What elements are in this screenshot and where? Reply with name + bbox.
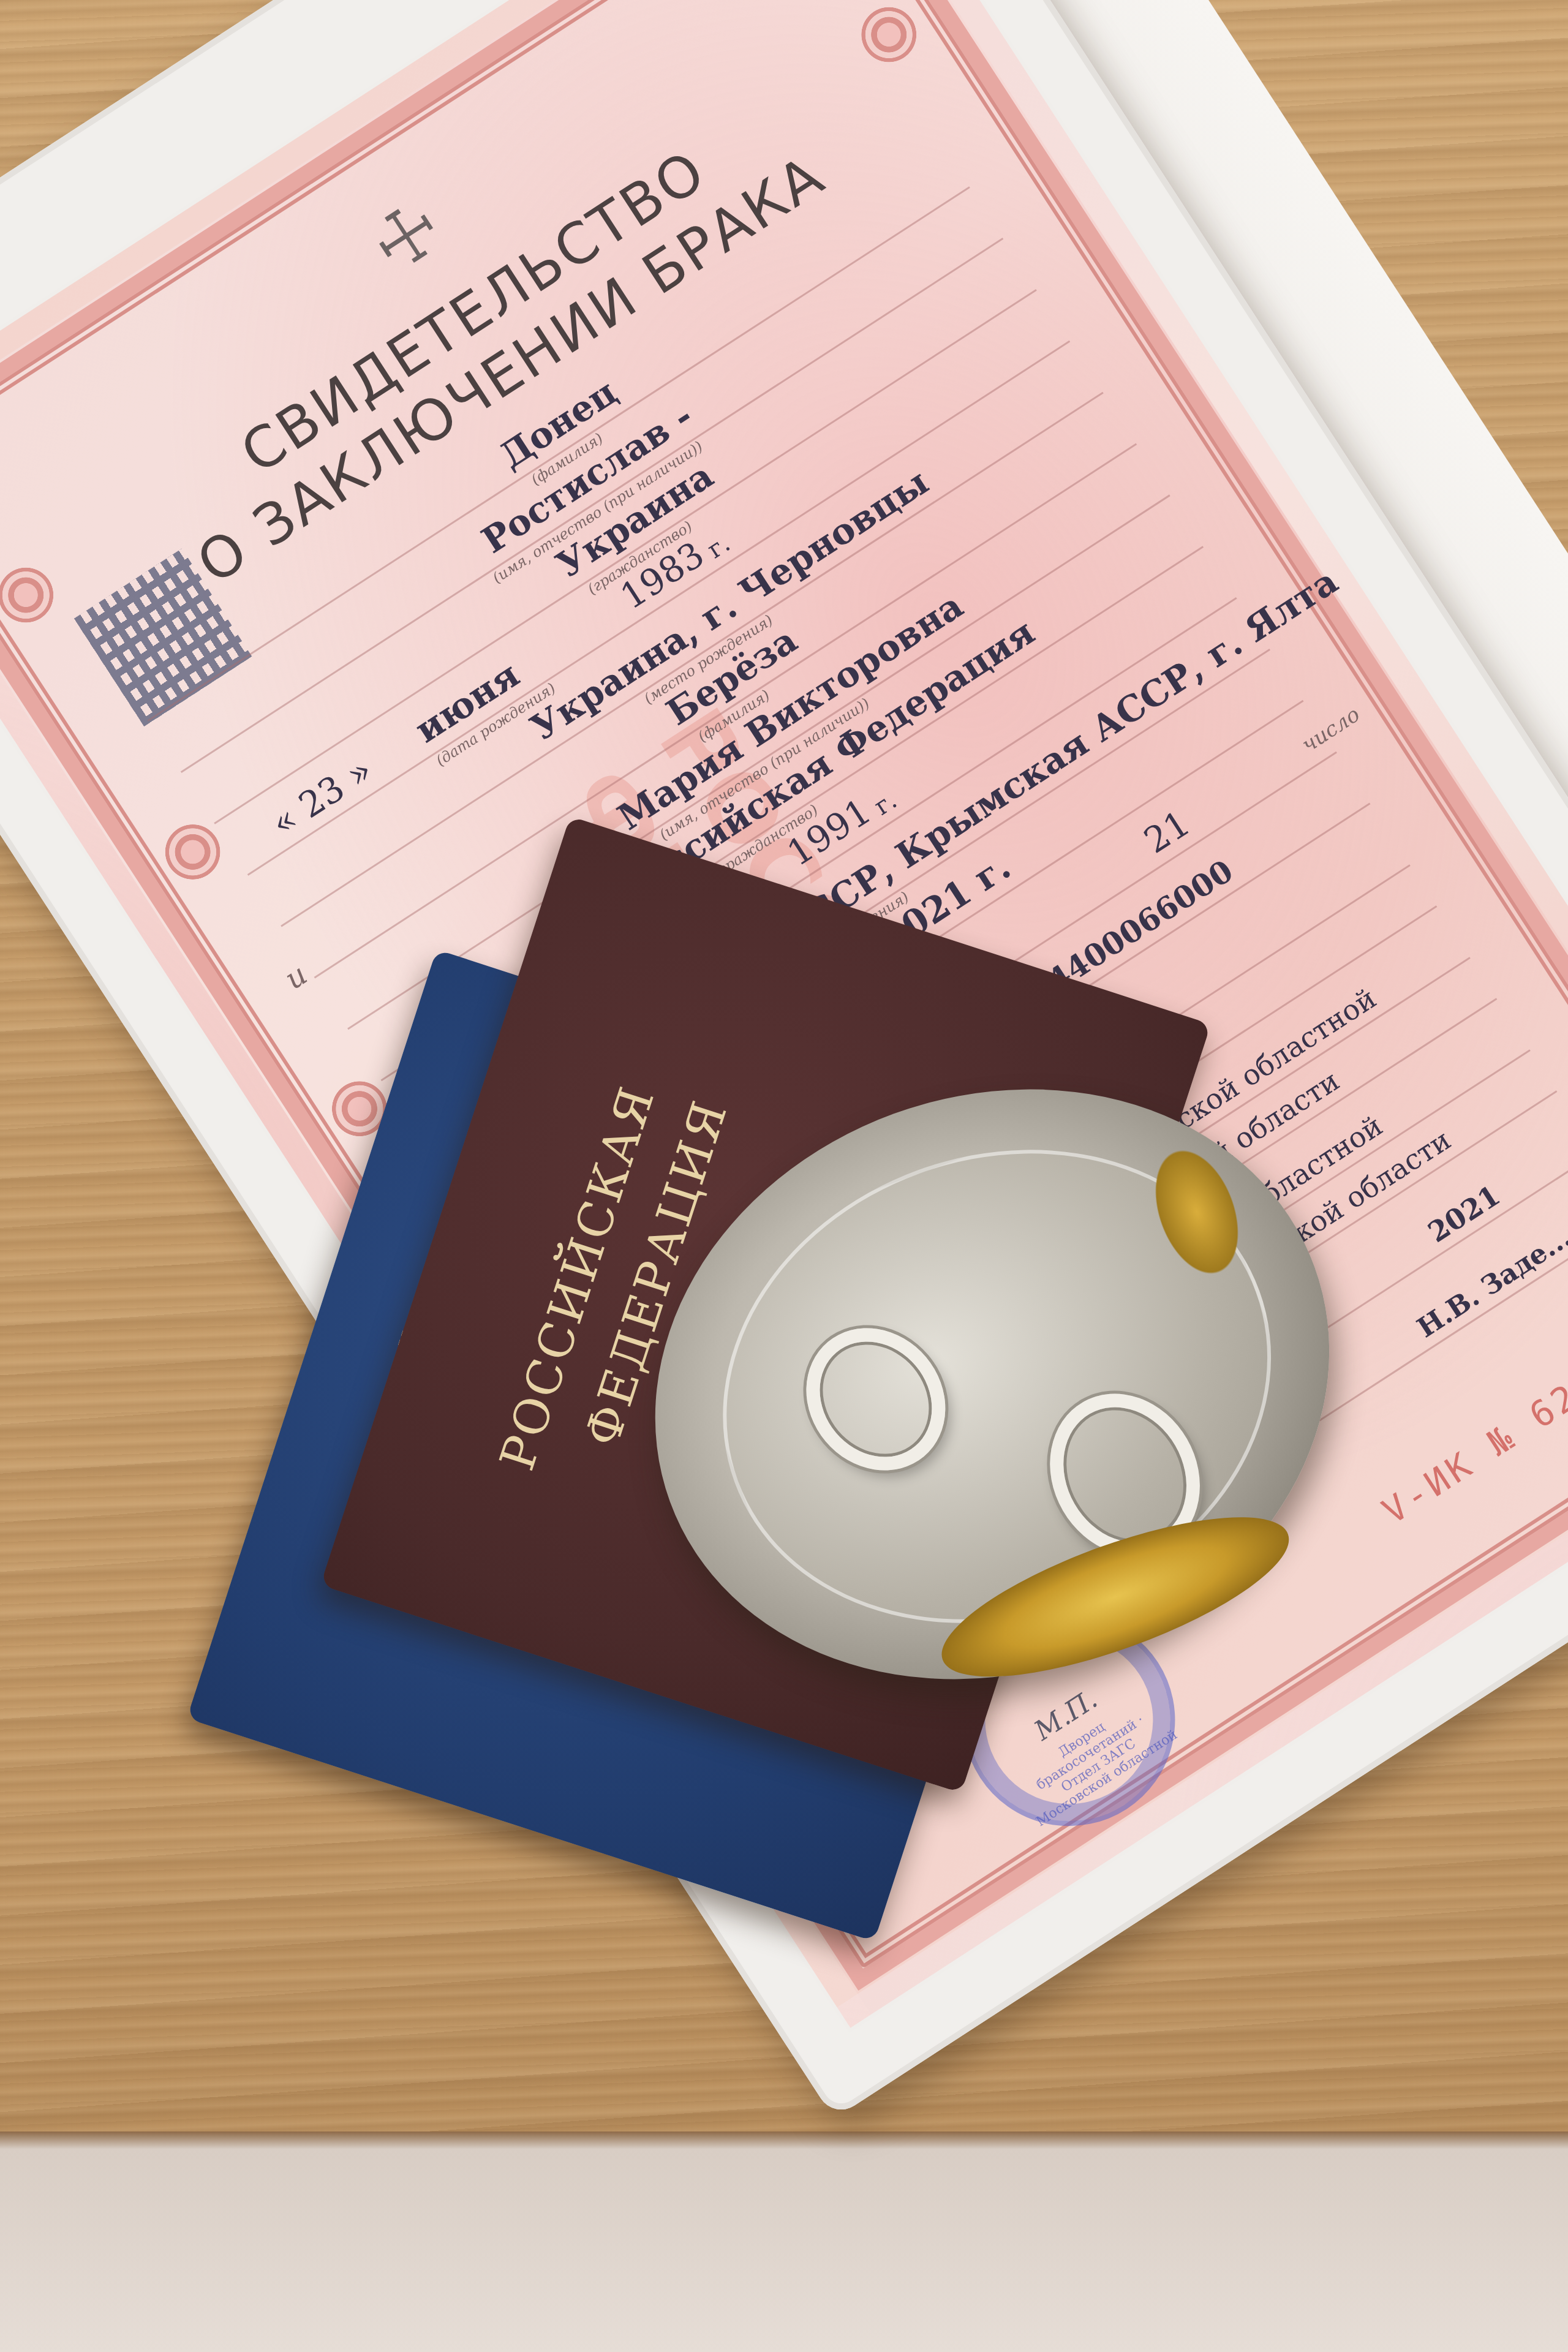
floor (0, 2131, 1568, 2352)
issue-year: 2021 (1422, 1178, 1506, 1249)
border-rosette (0, 557, 64, 633)
border-rosette (154, 814, 230, 890)
year-suffix: г. (869, 786, 902, 821)
record-day: 21 (1137, 802, 1197, 862)
border-rosette (851, 0, 927, 73)
year-suffix: г. (703, 529, 735, 564)
record-day-label: число (1297, 702, 1364, 757)
wedding-ring-icon[interactable] (778, 1300, 974, 1498)
